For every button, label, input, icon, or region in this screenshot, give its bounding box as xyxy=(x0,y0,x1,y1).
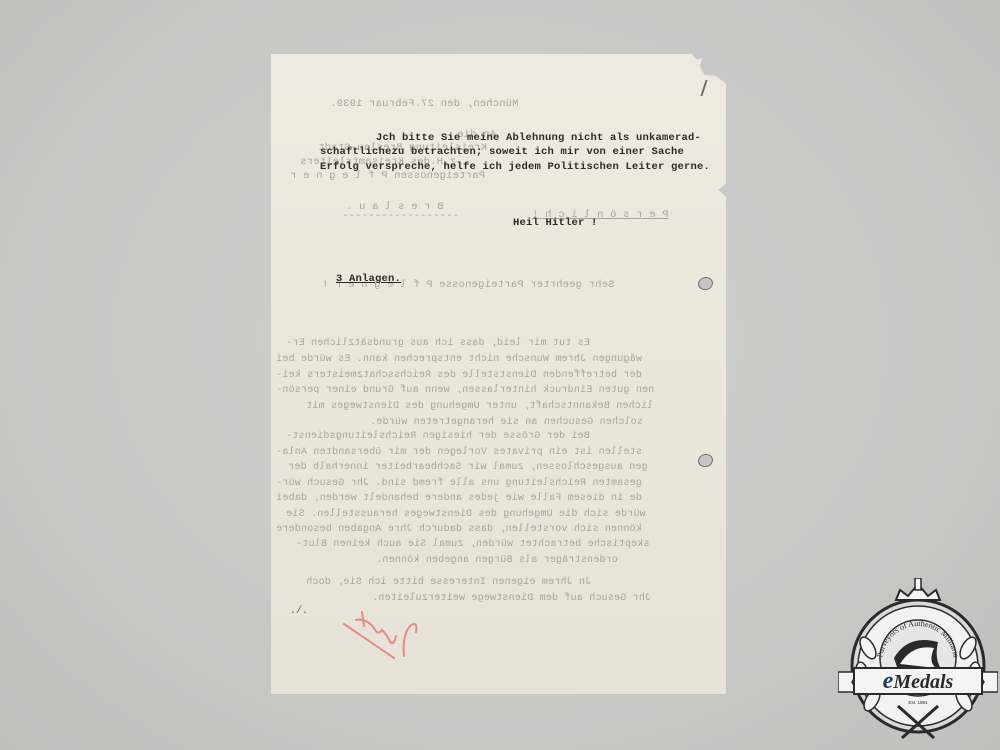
bleed-body-line: würde sich die Umgehung des Dienstweges … xyxy=(286,507,646,523)
bleed-date-line: München, den 27.Februar 1939. xyxy=(330,97,519,111)
typed-line: Jch bitte Sie meine Ablehnung nicht als … xyxy=(376,131,701,145)
enclosures-label: 3 Anlagen. xyxy=(336,272,401,286)
bleed-body-line: skeptische betrachtet würden, zumal Sie … xyxy=(296,537,649,553)
emedals-logo: eMedals Est. 1981 Purveyors of Authentic… xyxy=(838,578,998,743)
bleed-body-line: Jhr Gesuch auf dem Dienstwege weiterzule… xyxy=(372,591,651,607)
typed-line: Erfolg verspreche, helfe ich jedem Polit… xyxy=(320,160,710,174)
bleed-body-line: Jn Jhrem eigenen Interesse bitte ich Sie… xyxy=(306,575,591,591)
initials-mark: ./. xyxy=(290,606,308,617)
bleed-body-line: der betreffenden Dienststelle des Reichs… xyxy=(276,368,642,384)
bleed-body-line: de in diesem Falle wie jedes andere beha… xyxy=(276,491,642,507)
typed-line: schaftlichezu betrachten; soweit ich mir… xyxy=(320,145,684,159)
svg-text:eMedals: eMedals xyxy=(883,668,954,694)
bleed-body-line: gen ausgeschlossen, zumal wir Sachbearbe… xyxy=(288,460,648,476)
bleed-city-underline: ------------------ xyxy=(342,209,459,223)
bleed-body-line: Es tut mir leid, dass ich aus grundsätzl… xyxy=(286,336,590,352)
edge-notch xyxy=(718,183,727,197)
svg-text:Est. 1981: Est. 1981 xyxy=(908,700,928,705)
bleed-body-line: stellen ist ein privates Vorlegen der mi… xyxy=(276,445,642,461)
bleed-body-line: können sich vorstellen, dass dadurch Jhr… xyxy=(276,522,642,538)
closing-heil: Heil Hitler ! xyxy=(513,216,598,230)
bleed-body-line: lichen Bekanntschaft, unter Umgehung des… xyxy=(306,399,653,415)
red-signature xyxy=(340,606,460,686)
bleed-body-line: gesamten Reichsleitung uns alle fremd si… xyxy=(276,476,642,492)
bleed-body-line: nen guten Eindruck hinterlassen, wenn au… xyxy=(276,383,654,399)
bleed-body-line: wägungen Jhrem Wunsche nicht entsprechen… xyxy=(276,352,642,368)
bleed-body-line: ordensträger als Bürgen angeben können. xyxy=(376,553,618,569)
bleed-body-line: Bei der Grösse der hiesigen Reichsleitun… xyxy=(286,429,590,445)
